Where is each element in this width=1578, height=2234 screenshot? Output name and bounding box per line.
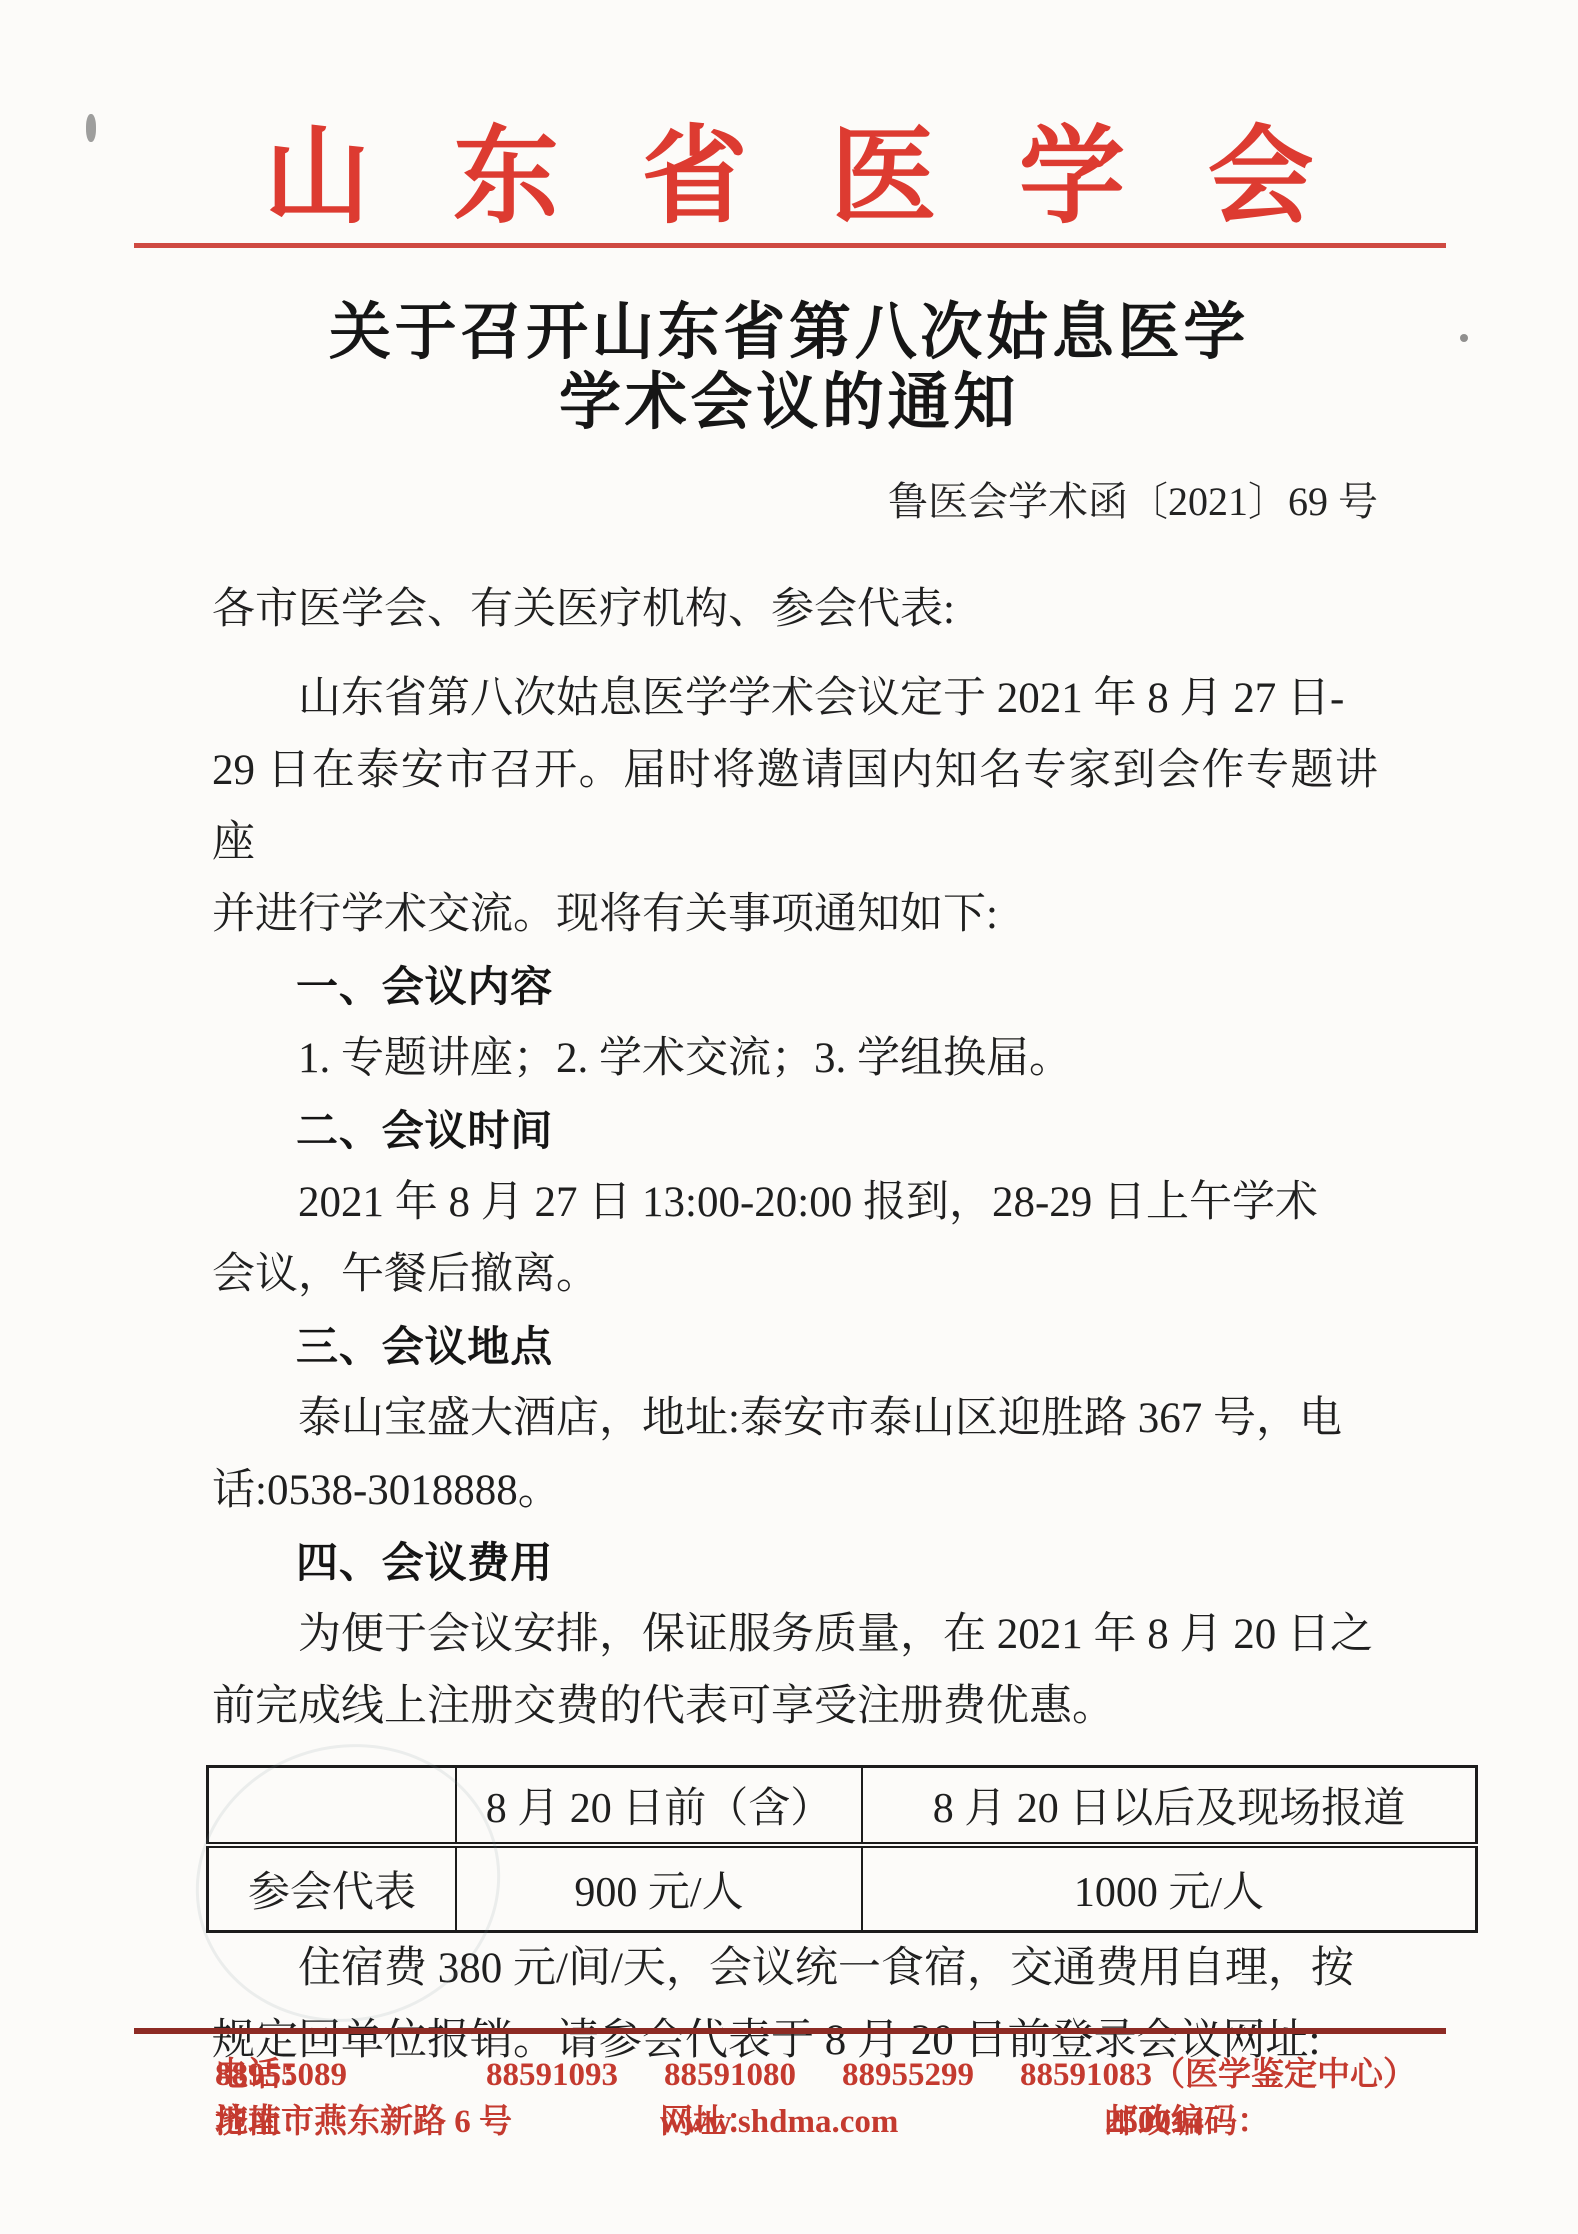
footer-rule [134,2028,1446,2034]
paragraph-line: 泰山宝盛大酒店，地址:泰安市泰山区迎胜路 367 号，电 [212,1383,1378,1455]
notice-title-line1: 关于召开山东省第八次姑息医学 [0,298,1578,368]
notice-title-line2: 学术会议的通知 [0,368,1578,438]
section-heading-2: 二、会议时间 [212,1095,1378,1167]
footer-phone-4: 88955299 [842,2052,974,2099]
paragraph-line: 29 日在泰安市召开。届时将邀请国内知名专家到会作专题讲座 [212,735,1378,879]
footer-phones-row: 电话：88955089 88591093 88591080 88955299 8… [0,2052,1578,2099]
paragraph-line: 并进行学术交流。现将有关事项通知如下: [212,879,1378,951]
document-page: 山东省医学会 关于召开山东省第八次姑息医学 学术会议的通知 鲁医会学术函〔202… [0,0,1578,2234]
paragraph-line: 2021 年 8 月 27 日 13:00-20:00 报到，28-29 日上午… [212,1167,1378,1239]
footer-phone-2: 88591093 [486,2052,618,2099]
footer-address-row: 地址：济南市燕东新路 6 号 网址：www.shdma.com 邮政编码：250… [0,2099,1578,2146]
fee-table-header-cell-early: 8 月 20 日前（含） [456,1767,862,1846]
paragraph-line: 前完成线上注册交费的代表可享受注册费优惠。 [212,1671,1378,1743]
letterhead-org-name: 山东省医学会 [0,120,1578,236]
paragraph-line: 1. 专题讲座；2. 学术交流；3. 学组换届。 [212,1023,1378,1095]
footer-phone-5: 88591083（医学鉴定中心） [1020,2052,1416,2099]
section-heading-3: 三、会议地点 [212,1311,1378,1383]
notice-title: 关于召开山东省第八次姑息医学 学术会议的通知 [0,298,1578,438]
section-heading-1: 一、会议内容 [212,951,1378,1023]
salutation-line: 各市医学会、有关医疗机构、参会代表: [212,574,1378,646]
paragraph-line: 话:0538-3018888。 [212,1455,1378,1527]
doc-number: 鲁医会学术函〔2021〕69 号 [212,478,1378,526]
section-heading-4: 四、会议费用 [212,1527,1378,1599]
paragraph-line: 为便于会议安排，保证服务质量，在 2021 年 8 月 20 日之 [212,1599,1378,1671]
fee-table-cell-early-fee: 900 元/人 [456,1845,862,1932]
paragraph-line: 会议，午餐后撤离。 [212,1239,1378,1311]
paragraph-line: 山东省第八次姑息医学学术会议定于 2021 年 8 月 27 日- [212,663,1378,735]
letterhead-rule [134,243,1446,248]
scan-ink-dot [1460,334,1468,342]
footer-phone-3: 88591080 [664,2052,796,2099]
fee-table-header-cell-late: 8 月 20 日以后及现场报道 [862,1767,1477,1846]
fee-table-cell-late-fee: 1000 元/人 [862,1845,1477,1932]
